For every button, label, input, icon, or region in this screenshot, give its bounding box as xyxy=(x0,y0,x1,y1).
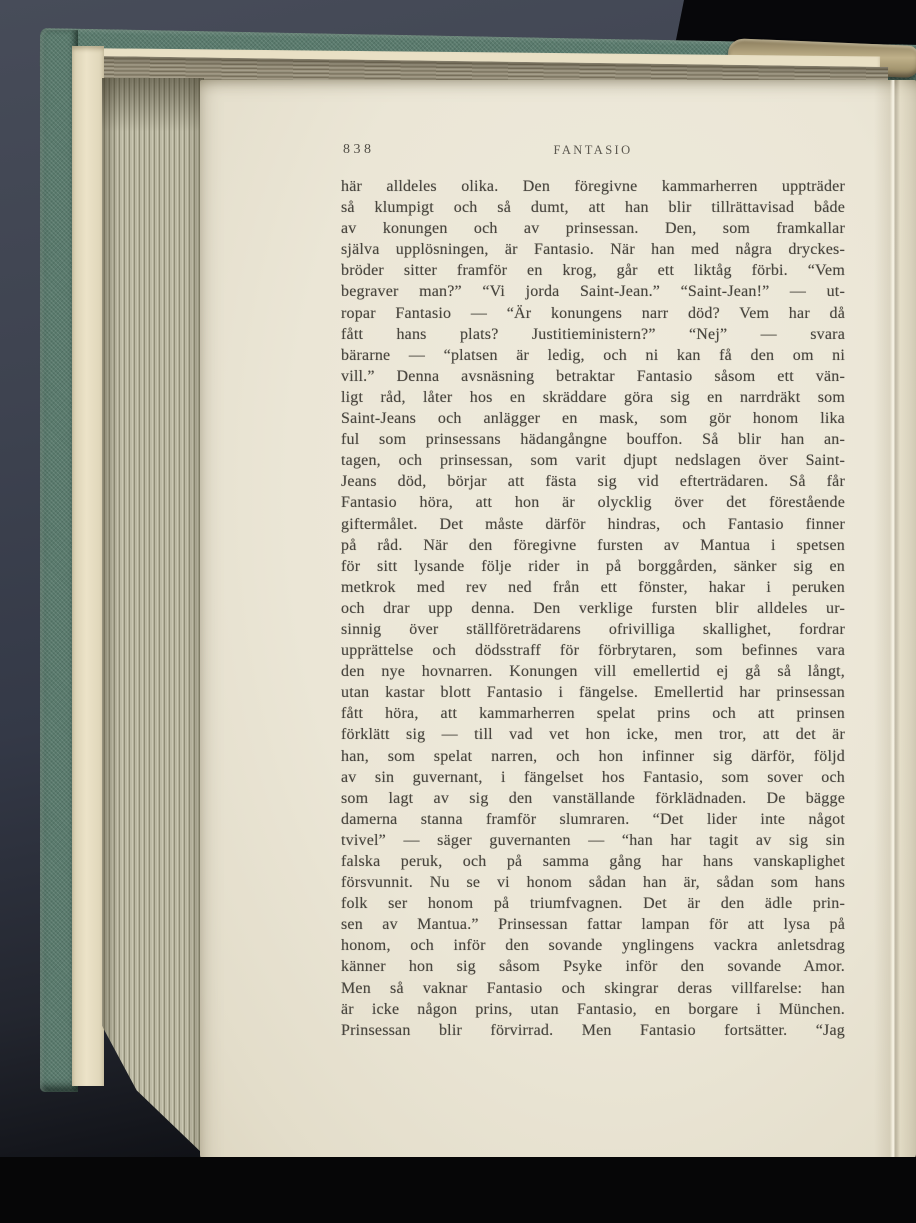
text-line: försvunnit. Nu se vi honom sådan han är,… xyxy=(341,872,845,893)
text-line: så klumpigt och så dumt, att han blir ti… xyxy=(341,197,845,218)
backdrop-bottom xyxy=(0,1157,916,1223)
text-line: begraver man?” “Vi jorda Saint-Jean.” “S… xyxy=(341,281,845,302)
page-header: 838 FANTASIO xyxy=(341,142,845,160)
text-line: Men så vaknar Fantasio och skingrar dera… xyxy=(341,978,845,999)
text-line: på råd. När den föregivne fursten av Man… xyxy=(341,535,845,556)
text-line: folk ser honom på triumfvagnen. Det är d… xyxy=(341,893,845,914)
text-line: honom, och inför den sovande ynglingens … xyxy=(341,935,845,956)
text-line: är icke någon prins, utan Fantasio, en b… xyxy=(341,999,845,1020)
text-line: känner hon sig såsom Psyke inför den sov… xyxy=(341,956,845,977)
text-line: damerna stanna framför slumraren. “Det l… xyxy=(341,809,845,830)
text-line: fått hans plats? Justitieministern?” “Ne… xyxy=(341,324,845,345)
page-number: 838 xyxy=(343,142,375,158)
text-line: sen av Mantua.” Prinsessan fattar lampan… xyxy=(341,914,845,935)
text-line: Saint-Jeans och anlägger en mask, som gö… xyxy=(341,408,845,429)
page-body: här alldeles olika. Den föregivne kammar… xyxy=(341,176,845,1048)
text-line: förklätt sig — till vad vet hon icke, me… xyxy=(341,724,845,745)
text-line: av konungen och av prinsessan. Den, som … xyxy=(341,218,845,239)
page-edges-left xyxy=(102,78,204,1155)
text-line: av sin guvernant, i fängelset hos Fantas… xyxy=(341,767,845,788)
text-line: ful som prinsessans hädangångne bouffon.… xyxy=(341,429,845,450)
text-line: metkrok med rev ned från ett fönster, ha… xyxy=(341,577,845,598)
text-line: för sitt lysande följe rider in på borgg… xyxy=(341,556,845,577)
endpaper-left-edge xyxy=(72,46,104,1086)
text-line: bröder sitter framför en krog, går ett l… xyxy=(341,260,845,281)
text-line: Prinsessan blir förvirrad. Men Fantasio … xyxy=(341,1020,845,1041)
text-line: ropar Fantasio — “Är konungens narr död?… xyxy=(341,303,845,324)
text-line: upprättelse och dödsstraff för förbrytar… xyxy=(341,640,845,661)
text-line: här alldeles olika. Den föregivne kammar… xyxy=(341,176,845,197)
book-page: 838 FANTASIO här alldeles olika. Den för… xyxy=(200,80,916,1160)
text-line: fått höra, att kammarherren spelat prins… xyxy=(341,703,845,724)
text-line: Fantasio höra, att hon är olycklig över … xyxy=(341,492,845,513)
text-line: tagen, och prinsessan, som varit djupt n… xyxy=(341,450,845,471)
text-line: och drar upp denna. Den verklige fursten… xyxy=(341,598,845,619)
text-line: utan kastar blott Fantasio i fängelse. E… xyxy=(341,682,845,703)
text-line: han, som spelat narren, och hon infinner… xyxy=(341,746,845,767)
text-line: sinnig över ställföreträdarens ofrivilli… xyxy=(341,619,845,640)
gutter-crease xyxy=(874,80,916,1160)
text-line: som lagt av sig den vanställande förkläd… xyxy=(341,788,845,809)
book-photograph: 838 FANTASIO här alldeles olika. Den för… xyxy=(0,0,916,1223)
text-line: vill.” Denna avsnäsning betraktar Fantas… xyxy=(341,366,845,387)
text-line: Jeans död, börjar att fästa sig vid efte… xyxy=(341,471,845,492)
text-line: den nye hovnarren. Konungen vill emeller… xyxy=(341,661,845,682)
running-title: FANTASIO xyxy=(553,143,632,158)
text-line: ligt råd, låter hos en skräddare göra si… xyxy=(341,387,845,408)
text-line: giftermålet. Det måste därför hindras, o… xyxy=(341,514,845,535)
text-line: tvivel” — säger guvernanten — “han har t… xyxy=(341,830,845,851)
text-line: falska peruk, och på samma gång har hans… xyxy=(341,851,845,872)
text-line: bärarne — “platsen är ledig, och ni kan … xyxy=(341,345,845,366)
text-line: själva upplösningen, är Fantasio. När ha… xyxy=(341,239,845,260)
